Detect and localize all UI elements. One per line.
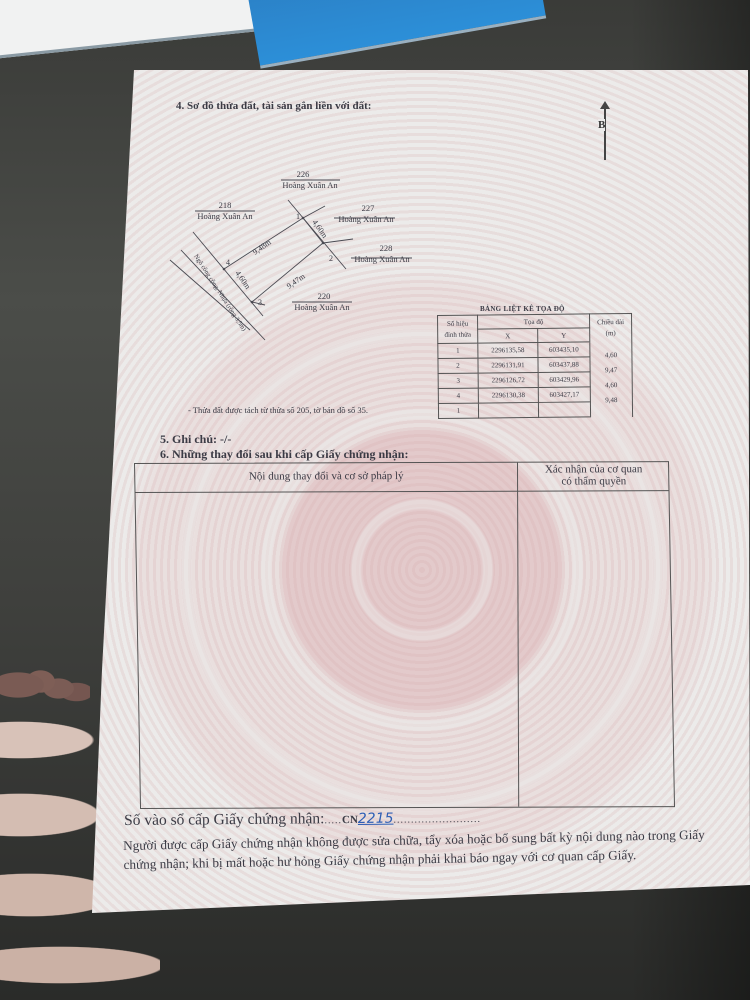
north-arrow-shaft bbox=[604, 105, 606, 160]
coord-table-title: BẢNG LIỆT KÊ TỌA ĐỘ bbox=[480, 305, 565, 313]
section-5-notes: 5. Ghi chú: -/- bbox=[160, 432, 231, 447]
header-divider bbox=[136, 490, 669, 493]
edge-2-3-length: 9,47m bbox=[285, 271, 307, 290]
edge-4-1-length: 9,48m bbox=[251, 237, 273, 256]
header-authority-confirmation: Xác nhận của cơ quan có thẩm quyền bbox=[517, 463, 670, 488]
neighbor-228-owner: Hoàng Xuân An bbox=[354, 254, 410, 264]
header-length: Chiều dài (m) bbox=[589, 313, 631, 341]
registry-number: 2215 bbox=[358, 811, 394, 827]
vertex-4: 4 bbox=[226, 258, 230, 267]
registry-number-line: Số vào sổ cấp Giấy chứng nhận:.....CN221… bbox=[124, 809, 481, 830]
coordinate-table: Số hiệu đỉnh thửa Tọa độ Chiều dài (m) X… bbox=[437, 313, 633, 419]
length-column: 4,60 9,47 4,60 9,48 bbox=[590, 341, 633, 416]
edge-1-2-length: 4,60m bbox=[310, 218, 329, 240]
neighbor-227-parcel: 227 bbox=[362, 203, 375, 213]
registry-prefix: CN bbox=[342, 814, 358, 826]
neighbor-218-owner: Hoàng Xuân An bbox=[197, 211, 253, 221]
header-y: Y bbox=[538, 328, 590, 343]
north-arrow: B bbox=[595, 105, 615, 165]
changes-table: Nội dung thay đổi và cơ sở pháp lý Xác n… bbox=[134, 461, 675, 809]
north-label: B bbox=[598, 119, 605, 131]
vertex-1: 1 bbox=[296, 212, 300, 221]
column-divider bbox=[517, 463, 519, 807]
neighbor-218-parcel: 218 bbox=[219, 200, 232, 210]
split-note: - Thửa đất được tách từ thửa số 205, tờ … bbox=[188, 405, 368, 415]
neighbor-228-parcel: 228 bbox=[380, 243, 393, 253]
neighbor-220-owner: Hoàng Xuân An bbox=[294, 302, 350, 312]
vertex-3: 3 bbox=[258, 298, 262, 307]
header-x: X bbox=[478, 328, 538, 343]
table-row: 1 2296135,58 603435,10 4,60 9,47 4,60 9,… bbox=[438, 341, 632, 358]
edge-3-4-length: 4,60m bbox=[233, 269, 252, 291]
registry-label: Số vào sổ cấp Giấy chứng nhận: bbox=[124, 810, 325, 829]
header-change-content: Nội dung thay đổi và cơ sở pháp lý bbox=[135, 470, 517, 483]
header-point: Số hiệu đỉnh thửa bbox=[438, 315, 478, 343]
neighbor-220-parcel: 220 bbox=[318, 291, 331, 301]
certificate-content: 4. Sơ đồ thửa đất, tài sản gắn liền với … bbox=[0, 0, 750, 1000]
road-label: Ngõ công cộng, Nhựa (rộng 3,5m) bbox=[192, 253, 247, 332]
neighbor-226-parcel: 226 bbox=[297, 169, 310, 179]
arrow-up-icon bbox=[600, 101, 610, 109]
legal-warning: Người được cấp Giấy chứng nhận không đượ… bbox=[123, 825, 714, 874]
neighbor-227-owner: Hoàng Xuân An bbox=[338, 214, 394, 224]
vertex-2: 2 bbox=[329, 254, 333, 263]
section-4-title: 4. Sơ đồ thửa đất, tài sản gắn liền với … bbox=[176, 100, 371, 112]
neighbor-226-owner: Hoàng Xuân An bbox=[282, 180, 338, 190]
section-6-title: 6. Những thay đổi sau khi cấp Giấy chứng… bbox=[160, 447, 408, 462]
header-coord: Tọa độ bbox=[478, 314, 590, 329]
